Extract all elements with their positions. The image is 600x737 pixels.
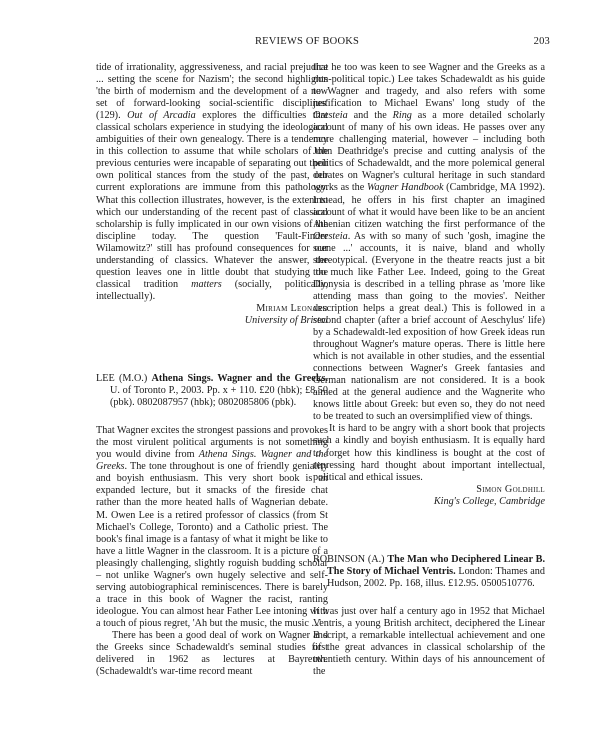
spacer: [313, 590, 545, 606]
spacer: [313, 508, 545, 554]
work-title-italic: Ring: [393, 110, 412, 121]
reviewer-name: Miriam Leonard: [96, 303, 328, 315]
work-title-italic: Oresteia: [313, 231, 348, 242]
reviewer-institution: King's College, Cambridge: [313, 496, 545, 508]
work-title-italic: Wagner Handbook: [367, 182, 443, 193]
book-author: ROBINSON (A.): [313, 554, 387, 565]
book-details: U. of Toronto P., 2003. Pp. x + 110. £20…: [110, 385, 328, 408]
book-author: LEE (M.O.): [96, 373, 152, 384]
reviewer-name: Simon Goldhill: [313, 484, 545, 496]
page-number: 203: [534, 36, 550, 47]
review-paragraph: that he too was keen to see Wagner and t…: [313, 62, 545, 423]
review-paragraph: It was just over half a century ago in 1…: [313, 606, 545, 678]
review-paragraph: tide of irrationality, aggressiveness, a…: [96, 62, 328, 303]
book-title-italic: Out of Arcadia: [127, 110, 196, 121]
left-column: tide of irrationality, aggressiveness, a…: [96, 62, 328, 678]
text-run: . The tone throughout is one of friendly…: [96, 461, 328, 629]
running-header: REVIEWS OF BOOKS 203: [64, 36, 550, 50]
book-entry: ROBINSON (A.) The Man who Deciphered Lin…: [313, 554, 545, 590]
book-title: Athena Sings. Wagner and the Greeks.: [152, 373, 328, 384]
review-paragraph: That Wagner excites the strongest passio…: [96, 425, 328, 630]
review-paragraph: It is hard to be angry with a short book…: [313, 423, 545, 483]
work-title-italic: Oresteia: [313, 110, 348, 121]
reviewer-institution: University of Bristol: [96, 315, 328, 327]
review-paragraph: There has been a good deal of work on Wa…: [96, 630, 328, 678]
running-title: REVIEWS OF BOOKS: [64, 36, 550, 47]
text-run: . As with so many of such 'gosh, imagine…: [313, 231, 545, 423]
emphasis-italic: matters: [191, 279, 222, 290]
text-run: explores the difficulties that classical…: [96, 110, 328, 290]
right-column: that he too was keen to see Wagner and t…: [313, 62, 545, 678]
text-run: that he too was keen to see Wagner and t…: [313, 62, 545, 109]
spacer: [96, 327, 328, 373]
book-entry: LEE (M.O.) Athena Sings. Wagner and the …: [96, 373, 328, 409]
text-run: and the: [348, 110, 393, 121]
spacer: [96, 409, 328, 425]
text-run: as a more detailed scholarly account of …: [313, 110, 545, 193]
